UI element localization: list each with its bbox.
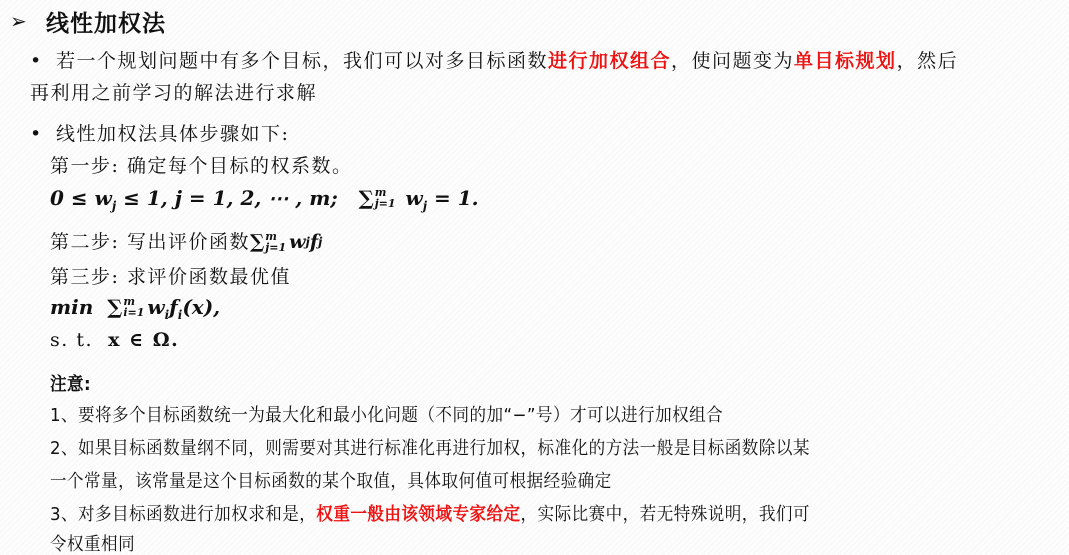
constraint: x ∈ Ω.: [108, 329, 179, 351]
note-2-line2: 一个常量，该常量是这个目标函数的某个取值，具体取何值可根据经验确定: [50, 467, 612, 493]
formula-part: f: [310, 231, 318, 253]
text: ，然后: [897, 50, 959, 72]
text: 若一个规划问题中有多个目标，我们可以对多目标函数: [56, 50, 548, 72]
step-3: 第三步: 求评价函数最优值: [50, 262, 291, 289]
formula-part: w: [147, 295, 164, 319]
text: 第二步: 写出评价函数: [50, 231, 250, 253]
bullet-icon: •: [30, 123, 56, 145]
formula-part: w: [289, 231, 305, 253]
lower-limit: j=1: [375, 198, 396, 209]
highlight-expert-weights: 权重一般由该领域专家给定: [316, 504, 520, 525]
sum-symbol: ∑mj=1: [359, 186, 399, 210]
min-operator: min: [50, 295, 93, 319]
formula-part: ≤ 1, j = 1, 2, ⋯ , m;: [116, 186, 338, 210]
formula-objective: min ∑mi=1wifi(x),: [50, 295, 220, 322]
lower-limit: i=1: [123, 307, 144, 318]
evaluation-function: ∑mj=1wjfj: [250, 231, 322, 253]
step-1: 第一步: 确定每个目标的权系数。: [50, 151, 352, 178]
formula-constraint: s. t. x ∈ Ω.: [50, 329, 179, 351]
formula-part: 0 ≤ w: [50, 186, 112, 210]
text: 线性加权法具体步骤如下:: [56, 123, 289, 145]
subject-to-label: s. t.: [50, 329, 93, 351]
step-2: 第二步: 写出评价函数∑mj=1wjfj: [50, 227, 322, 254]
paragraph-intro-line1: •若一个规划问题中有多个目标，我们可以对多目标函数进行加权组合，使问题变为单目标…: [30, 46, 958, 73]
note-3-line2: 令权重相同: [50, 530, 135, 555]
sigma-icon: ∑: [250, 231, 264, 253]
sum-symbol: ∑mi=1: [107, 295, 147, 319]
lower-limit: j=1: [265, 242, 286, 253]
arrow-bullet-icon: ➢: [10, 9, 46, 33]
note-1: 1、要将多个目标函数统一为最大化和最小化问题（不同的加“−”号）才可以进行加权组…: [50, 401, 723, 427]
text: 3、对多目标函数进行加权求和是，: [50, 504, 316, 525]
sigma-icon: ∑: [359, 186, 374, 210]
note-3-line1: 3、对多目标函数进行加权求和是，权重一般由该领域专家给定，实际比赛中，若无特殊说…: [50, 500, 810, 526]
paragraph-steps-intro: •线性加权法具体步骤如下:: [30, 119, 289, 146]
section-heading: ➢ 线性加权法: [10, 4, 166, 38]
paragraph-intro-line2: 再利用之前学习的解法进行求解: [30, 78, 317, 105]
bullet-icon: •: [30, 50, 56, 72]
notes-title: 注意:: [50, 370, 91, 396]
text: ，使问题变为: [671, 50, 794, 72]
formula-weight-constraints: 0 ≤ wj ≤ 1, j = 1, 2, ⋯ , m; ∑mj=1 wj = …: [50, 186, 479, 213]
text: ，实际比赛中，若无特殊说明，我们可: [521, 504, 810, 525]
section-title: 线性加权法: [46, 5, 166, 38]
subscript: j: [318, 235, 322, 249]
note-2-line1: 2、如果目标函数量纲不同，则需要对其进行标准化再进行加权，标准化的方法一般是目标…: [50, 434, 810, 460]
formula-part: (x),: [182, 295, 220, 319]
sigma-icon: ∑: [107, 295, 122, 319]
highlight-weighted-combination: 进行加权组合: [548, 50, 671, 72]
formula-part: f: [169, 295, 178, 319]
formula-part: w: [399, 186, 423, 210]
highlight-single-objective: 单目标规划: [794, 50, 897, 72]
formula-part: = 1.: [427, 186, 479, 210]
